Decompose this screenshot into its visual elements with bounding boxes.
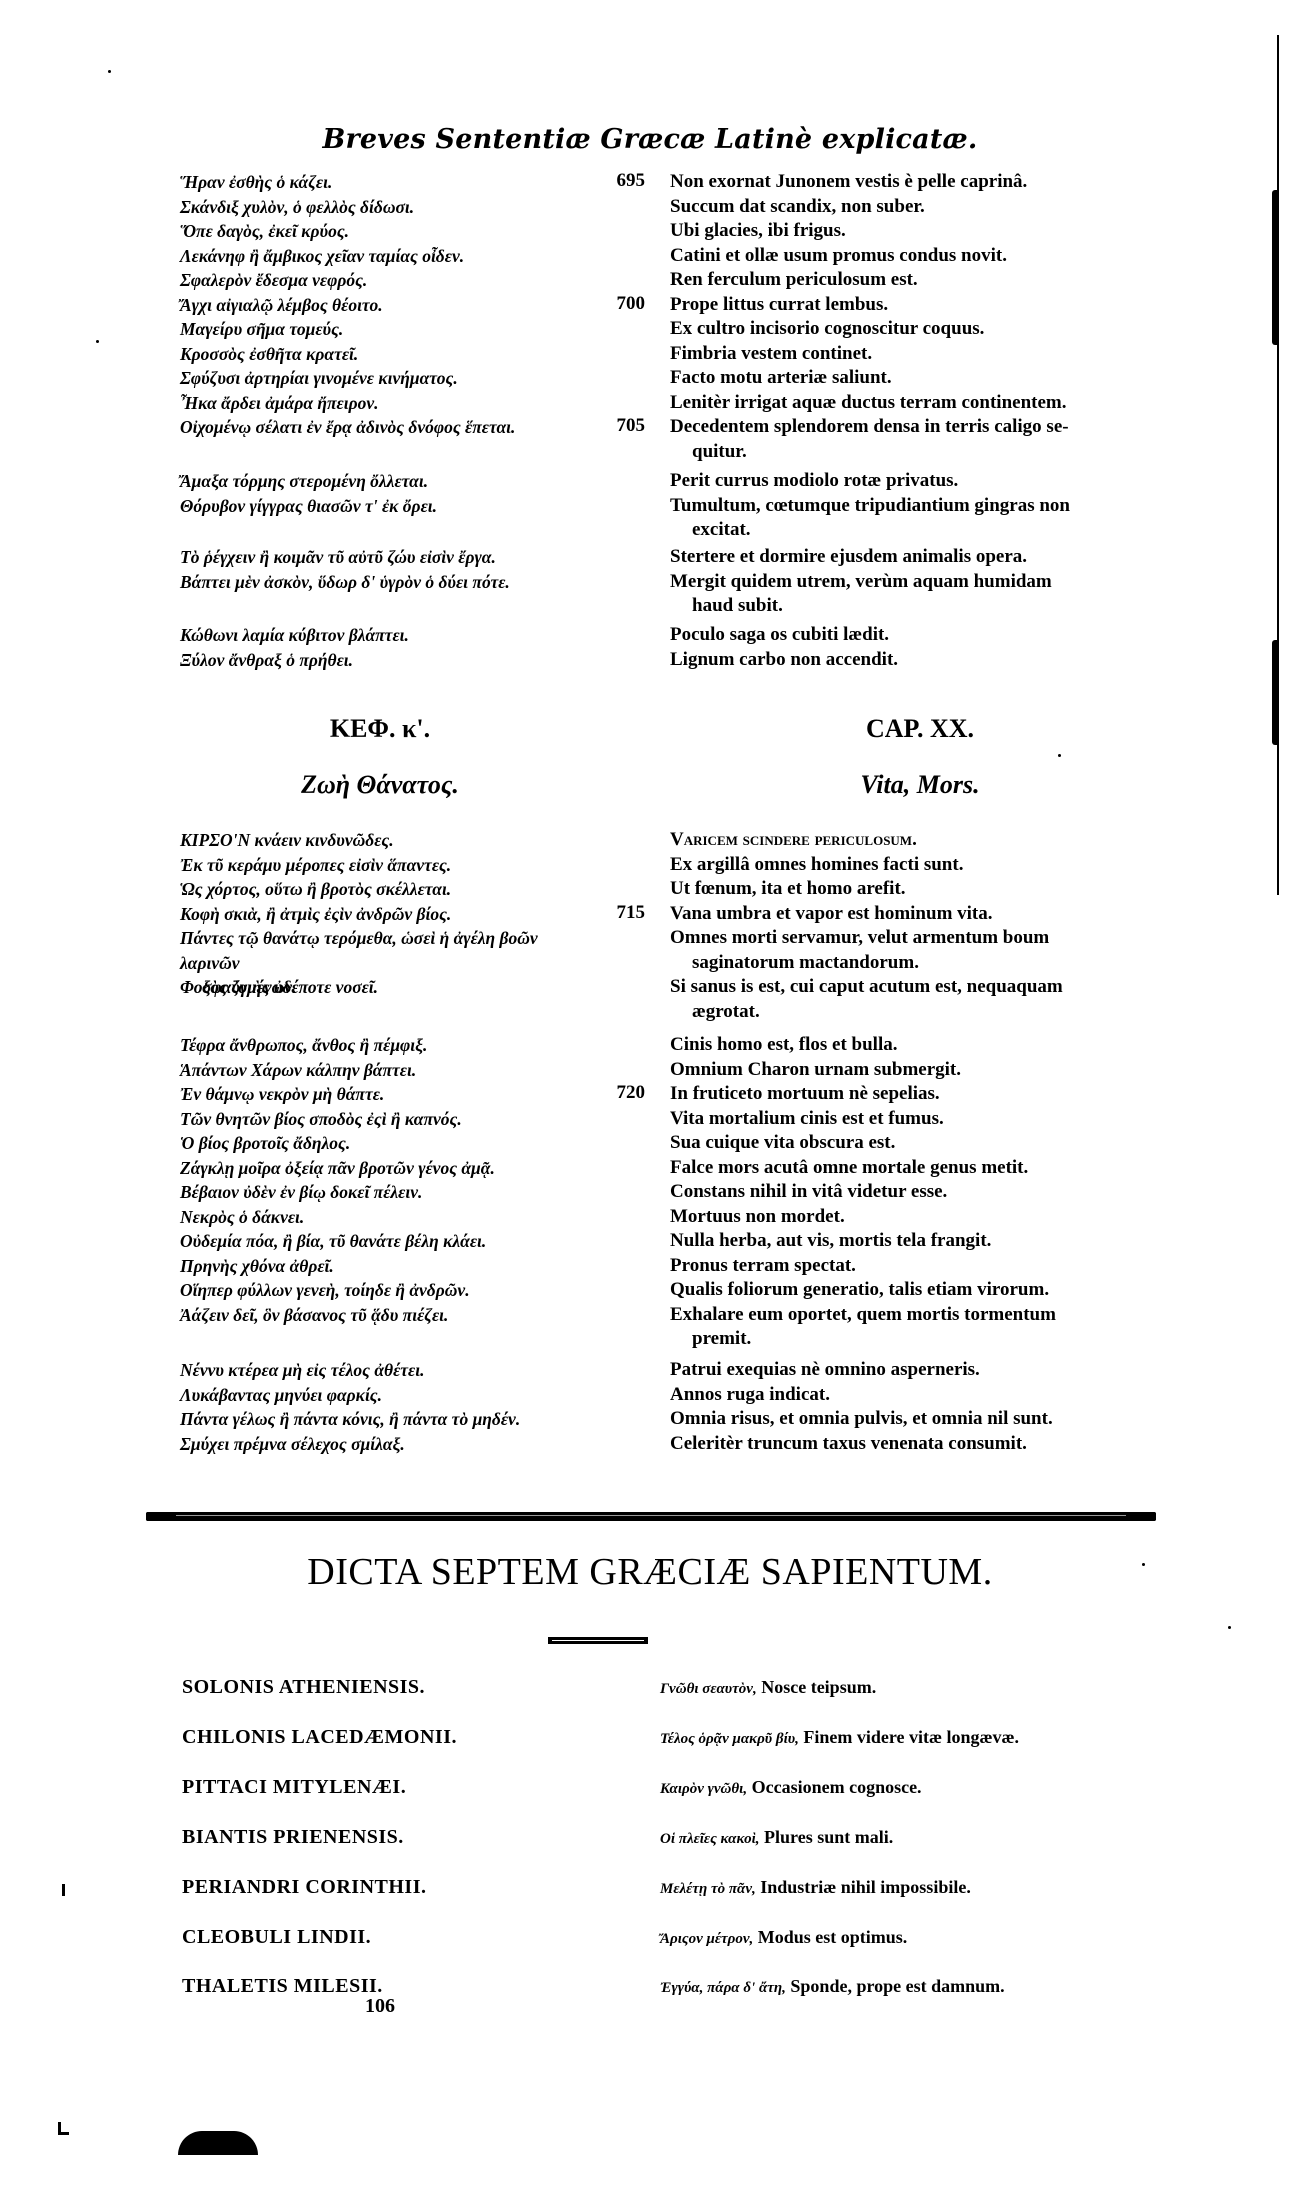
latin-line: Stertere et dormire ejusdem animalis ope… [670, 545, 1190, 570]
greek-line: Σμύχει πρέμνα σέλεχος σμίλαξ. [180, 1432, 600, 1457]
speck [108, 70, 111, 73]
latin-line: Catini et ollæ usum promus condus novit. [670, 244, 1190, 269]
sage-saying: Οἱ πλεῖες κακοὶ, Plures sunt mali. [660, 1827, 893, 1848]
greek-line: Τέφρα ἄνθρωπος, ἄνθος ἢ πέμφιξ. [180, 1033, 600, 1058]
greek-line: Μαγείρυ σῆμα τομεύς. [180, 317, 600, 342]
chapter-heading-latin: CAP. XX. [670, 714, 1170, 744]
latin-line: Lenitèr irrigat aquæ ductus terram conti… [670, 391, 1190, 416]
scan-edge-mark [1272, 190, 1278, 345]
greek-line: Ἦκα ἄρδει ἀμάρα ἤπειρον. [180, 391, 600, 416]
running-title: Breves Sententiæ Græcæ Latinè explicatæ. [0, 124, 1300, 155]
latin-line: Lignum carbo non accendit. [670, 648, 1190, 673]
latin-line: Vana umbra et vapor est hominum vita. [670, 902, 1190, 927]
latin-line: Succum dat scandix, non suber. [670, 195, 1190, 220]
chapter-subtitle-latin: Vita, Mors. [670, 770, 1170, 800]
sage-name: CHILONIS LACEDÆMONII. [182, 1726, 457, 1749]
speck [96, 340, 99, 343]
latin-line: Celeritèr truncum taxus venenata consumi… [670, 1432, 1190, 1457]
latin-line: Tumultum, cœtumque tripudiantium gingras… [670, 494, 1190, 543]
latin-continuation: saginatorum mactandorum. [670, 951, 1190, 976]
saying-greek: Ἄριςον μέτρον, [660, 1931, 753, 1947]
latin-line: Nulla herba, aut vis, mortis tela frangi… [670, 1229, 1190, 1254]
latin-line: Omnes morti servamur, velut armentum bou… [670, 926, 1190, 975]
saying-greek: Οἱ πλεῖες κακοὶ, [660, 1831, 760, 1847]
latin-line: Ubi glacies, ibi frigus. [670, 219, 1190, 244]
greek-line: Νεκρὸς ὁ δάκνει. [180, 1205, 600, 1230]
sage-saying: Ἐγγύα, πάρα δ' ἄτη, Sponde, prope est da… [660, 1976, 1005, 1997]
greek-line: Φοξὸς ὑγιὴς ὐδέποτε νοσεῖ. [180, 975, 600, 1000]
greek-line: Ἄγχι αἰγιαλῷ λέμβος θέοιτο. [180, 293, 600, 318]
latin-line: Omnium Charon urnam submergit. [670, 1058, 1190, 1083]
latin-line: Mortuus non mordet. [670, 1205, 1190, 1230]
greek-line: Σφαλερὸν ἔδεσμα νεφρός. [180, 268, 600, 293]
sage-name: BIANTIS PRIENENSIS. [182, 1826, 404, 1849]
latin-line: Cinis homo est, flos et bulla. [670, 1033, 1190, 1058]
greek-line: Ἀάζειν δεῖ, ὃν βάσανος τῦ ᾅδυ πιέζει. [180, 1303, 600, 1328]
greek-line: Λυκάβαντας μηνύει φαρκίς. [180, 1383, 600, 1408]
saying-latin: Industriæ nihil impossibile. [756, 1877, 971, 1897]
latin-line: Annos ruga indicat. [670, 1383, 1190, 1408]
latin-line: Vita mortalium cinis est et fumus. [670, 1107, 1190, 1132]
latin-line: Pronus terram spectat. [670, 1254, 1190, 1279]
saying-latin: Nosce teipsum. [757, 1677, 877, 1697]
saying-latin: Sponde, prope est damnum. [786, 1976, 1005, 1996]
ink-blot [178, 2131, 258, 2155]
saying-latin: Plures sunt mali. [760, 1827, 894, 1847]
latin-continuation: quitur. [670, 440, 1190, 465]
latin-continuation: haud subit. [670, 594, 1190, 619]
latin-line: Patrui exequias nè omnino asperneris. [670, 1358, 1190, 1383]
greek-line: Ἥραν ἐσθὴς ὁ κάζει. [180, 170, 600, 195]
line-number: 720 [585, 1082, 645, 1104]
speck [1058, 754, 1061, 757]
greek-line: Νέννυ κτέρεα μὴ εἰς τέλος ἀθέτει. [180, 1358, 600, 1383]
greek-line: Θόρυβον γίγγρας θιασῶν τ' ἐκ ὄρει. [180, 494, 600, 519]
greek-line: Ἄμαξα τόρμης στερομένη ὄλλεται. [180, 469, 600, 494]
saying-latin: Occasionem cognosce. [747, 1777, 921, 1797]
saying-greek: Καιρὸν γνῶθι, [660, 1781, 747, 1797]
greek-line: Κροσσὸς ἐσθῆτα κρατεῖ. [180, 342, 600, 367]
saying-latin: Modus est optimus. [753, 1927, 907, 1947]
greek-line: Πρηνὴς χθόνα ἀθρεῖ. [180, 1254, 600, 1279]
speck [1142, 1563, 1145, 1566]
latin-continuation: excitat. [670, 518, 1190, 543]
latin-continuation: ægrotat. [670, 1000, 1190, 1025]
latin-line: Si sanus is est, cui caput acutum est, n… [670, 975, 1190, 1024]
latin-line: Falce mors acutâ omne mortale genus meti… [670, 1156, 1190, 1181]
latin-line: Fimbria vestem continet. [670, 342, 1190, 367]
latin-line: Omnia risus, et omnia pulvis, et omnia n… [670, 1407, 1190, 1432]
latin-continuation: premit. [670, 1327, 1190, 1352]
greek-line: Οὐδεμία πόα, ἢ βία, τῦ θανάτε βέλη κλάει… [180, 1229, 600, 1254]
latin-line: Ex argillâ omnes homines facti sunt. [670, 853, 1190, 878]
latin-line: Ut fœnum, ita et homo arefit. [670, 877, 1190, 902]
chapter-subtitle-greek: Ζωὴ Θάνατος. [180, 770, 580, 800]
greek-line: Ζάγκλῃ μοῖρα ὀξείᾳ πᾶν βροτῶν γένος ἀμᾷ. [180, 1156, 600, 1181]
greek-line: Ὁ βίος βροτοῖς ἄδηλος. [180, 1131, 600, 1156]
latin-line: Qualis foliorum generatio, talis etiam v… [670, 1278, 1190, 1303]
latin-line: Mergit quidem utrem, verùm aquam humidam… [670, 570, 1190, 619]
line-number: 715 [585, 902, 645, 924]
sage-saying: Μελέτῃ τὸ πᾶν, Industriæ nihil impossibi… [660, 1877, 971, 1898]
latin-line: Sua cuique vita obscura est. [670, 1131, 1190, 1156]
greek-line: Ὡς χόρτος, οὕτω ἢ βροτὸς σκέλλεται. [180, 877, 600, 902]
greek-line: Ἐν θάμνῳ νεκρὸν μὴ θάπτε. [180, 1082, 600, 1107]
greek-line: Βάπτει μὲν ἀσκὸν, ὕδωρ δ' ὑγρὸν ὁ δύει π… [180, 570, 600, 595]
greek-line: Ὅπε δαγὸς, ἐκεῖ κρύος. [180, 219, 600, 244]
greek-line: Ξύλον ἄνθραξ ὁ πρήθει. [180, 648, 600, 673]
latin-text: Exhalare eum oportet, quem mortis tormen… [670, 1304, 1056, 1325]
latin-text: Si sanus is est, cui caput acutum est, n… [670, 976, 1063, 997]
saying-greek: Γνῶθι σεαυτὸν, [660, 1681, 757, 1697]
greek-line: ΚΙΡΣΟ'Ν κνάειν κινδυνῶδες. [180, 828, 600, 853]
sage-saying: Καιρὸν γνῶθι, Occasionem cognosce. [660, 1777, 922, 1798]
line-number: 700 [585, 293, 645, 315]
sage-saying: Τέλος ὁρᾷν μακρῦ βίυ, Finem videre vitæ … [660, 1727, 1019, 1748]
speck [1228, 1626, 1231, 1629]
line-number: 695 [585, 170, 645, 192]
latin-line: Facto motu arteriæ saliunt. [670, 366, 1190, 391]
corner-mark [58, 2122, 69, 2135]
greek-line: Σκάνδιξ χυλὸν, ὁ φελλὸς δίδωσι. [180, 195, 600, 220]
short-rule [548, 1637, 648, 1644]
scan-edge-mark [1272, 640, 1278, 745]
greek-line: Τῶν θνητῶν βίος σποδὸς ἐςὶ ἢ καπνός. [180, 1107, 600, 1132]
latin-line: Constans nihil in vitâ videtur esse. [670, 1180, 1190, 1205]
section-divider-rule [146, 1512, 1156, 1521]
greek-line: Βέβαιον ὐδὲν ἐν βίῳ δοκεῖ πέλειν. [180, 1180, 600, 1205]
line-number: 705 [585, 415, 645, 437]
saying-greek: Μελέτῃ τὸ πᾶν, [660, 1881, 756, 1897]
saying-latin: Finem videre vitæ longævæ. [799, 1727, 1019, 1747]
latin-line: Non exornat Junonem vestis è pelle capri… [670, 170, 1190, 195]
sage-name: PERIANDRI CORINTHII. [182, 1876, 426, 1899]
sage-name: SOLONIS ATHENIENSIS. [182, 1676, 425, 1699]
latin-text: Mergit quidem utrem, verùm aquam humidam [670, 571, 1052, 592]
sage-name: PITTACI MITYLENÆI. [182, 1776, 406, 1799]
sage-saying: Ἄριςον μέτρον, Modus est optimus. [660, 1927, 907, 1948]
latin-text: Omnes morti servamur, velut armentum bou… [670, 927, 1049, 948]
scan-edge-line [1277, 35, 1279, 895]
greek-line: Κώθωνι λαμία κύβιτον βλάπτει. [180, 623, 600, 648]
saying-greek: Τέλος ὁρᾷν μακρῦ βίυ, [660, 1731, 799, 1747]
greek-line: Σφύζυσι ἀρτηρίαι γινομένε κινήματος. [180, 366, 600, 391]
sage-name: THALETIS MILESII. [182, 1975, 383, 1998]
latin-line: Decedentem splendorem densa in terris ca… [670, 415, 1190, 464]
speck [62, 1884, 65, 1896]
greek-line: Οἵηπερ φύλλων γενεὴ, τοίηδε ἢ ἀνδρῶν. [180, 1278, 600, 1303]
latin-line: Exhalare eum oportet, quem mortis tormen… [670, 1303, 1190, 1352]
greek-line: Λεκάνηφ ἢ ἄμβικος χεῖαν ταμίας οἶδεν. [180, 244, 600, 269]
greek-line: Ἁπάντων Χάρων κάλπην βάπτει. [180, 1058, 600, 1083]
chapter-heading-greek: ΚΕΦ. κ'. [180, 714, 580, 744]
latin-line: Prope littus currat lembus. [670, 293, 1190, 318]
latin-text: Tumultum, cœtumque tripudiantium gingras… [670, 495, 1070, 516]
greek-line: Οἰχομένῳ σέλατι ἐν ἔρᾳ ἀδινὸς δνόφος ἕπε… [180, 415, 600, 440]
greek-line: Ἐκ τῦ κεράμυ μέροπες εἰσὶν ἅπαντες. [180, 853, 600, 878]
latin-line: In fruticeto mortuum nè sepelias. [670, 1082, 1190, 1107]
sage-saying: Γνῶθι σεαυτὸν, Nosce teipsum. [660, 1677, 876, 1698]
scanned-page: Breves Sententiæ Græcæ Latinè explicatæ.… [0, 0, 1300, 2185]
saying-greek: Ἐγγύα, πάρα δ' ἄτη, [660, 1980, 786, 1996]
latin-line: Perit currus modiolo rotæ privatus. [670, 469, 1190, 494]
latin-line: Poculo saga os cubiti lædit. [670, 623, 1190, 648]
latin-line: Ex cultro incisorio cognoscitur coquus. [670, 317, 1190, 342]
latin-text: Decedentem splendorem densa in terris ca… [670, 416, 1069, 437]
page-number: 106 [365, 1995, 395, 2018]
greek-line: Κοφὴ σκιὰ, ἢ ἀτμὶς ἐςὶν ἀνδρῶν βίος. [180, 902, 600, 927]
greek-line: Πάντα γέλως ἢ πάντα κόνις, ἢ πάντα τὸ μη… [180, 1407, 600, 1432]
dicta-title: DICTA SEPTEM GRÆCIÆ SAPIENTUM. [0, 1550, 1300, 1594]
latin-line: Varicem scindere periculosum. [670, 828, 1190, 853]
greek-line: Τὸ ῥέγχειν ἢ κοιμᾶν τῦ αὐτῦ ζώυ εἰσὶν ἔρ… [180, 545, 600, 570]
greek-text: Πάντες τῷ θανάτῳ τερόμεθα, ὡσεὶ ἡ ἀγέλη … [180, 928, 538, 973]
latin-line: Ren ferculum periculosum est. [670, 268, 1190, 293]
sage-name: CLEOBULI LINDII. [182, 1926, 371, 1949]
